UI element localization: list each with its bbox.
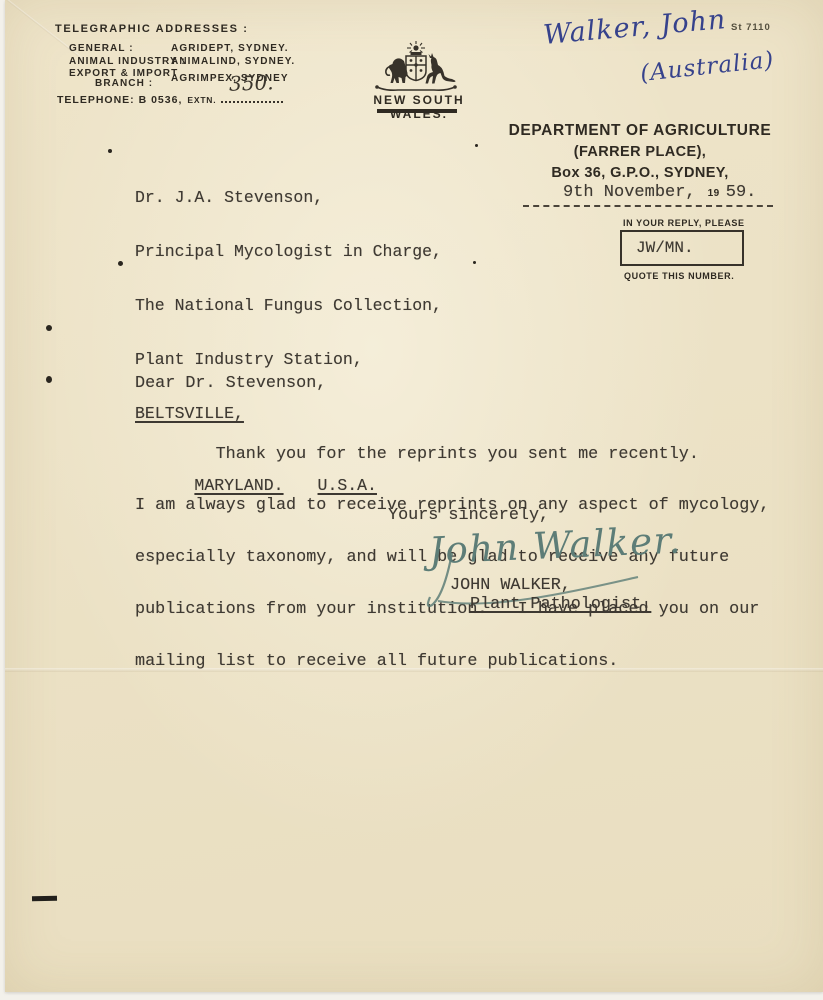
margin-dash-mark	[32, 896, 57, 901]
telephone-label: TELEPHONE: B 0536,	[57, 94, 182, 106]
letterhead-rule	[377, 109, 457, 113]
recipient-title: Principal Mycologist in Charge,	[135, 243, 442, 261]
telegraphic-value-animal: ANIMALIND, SYDNEY.	[171, 56, 295, 67]
signer-title-typed: Plant Pathologist.	[470, 596, 651, 613]
body-line: Thank you for the reprints you sent me r…	[135, 446, 769, 463]
nsw-caption: NEW SOUTH WALES.	[349, 93, 489, 121]
stamp-code: St 7110	[731, 22, 771, 33]
salutation: Dear Dr. Stevenson,	[135, 375, 326, 392]
date-line: 9th November, 19 59.	[523, 184, 773, 207]
recipient-station: Plant Industry Station,	[135, 351, 442, 369]
extension-dotted-line: 350.	[221, 89, 283, 103]
body-line: mailing list to receive all future publi…	[135, 653, 769, 670]
telegraphic-addresses-title: TELEGRAPHIC ADDRESSES :	[55, 23, 248, 35]
date-typed-year: 59.	[726, 184, 757, 202]
telephone-line: TELEPHONE: B 0536, EXTN. 350.	[57, 89, 283, 106]
ink-speck	[118, 261, 123, 266]
ink-speck	[46, 325, 52, 331]
ink-speck	[475, 144, 478, 147]
reply-note-top: IN YOUR REPLY, PLEASE	[623, 218, 745, 228]
recipient-org: The National Fungus Collection,	[135, 297, 442, 315]
nsw-coat-of-arms-icon	[371, 40, 461, 94]
reply-note-bottom: QUOTE THIS NUMBER.	[624, 271, 734, 281]
department-name: DEPARTMENT OF AGRICULTURE	[500, 122, 780, 141]
recipient-name: Dr. J.A. Stevenson,	[135, 189, 442, 207]
handwritten-extension-number: 350.	[229, 70, 274, 96]
telegraphic-value-general: AGRIDEPT, SYDNEY.	[171, 43, 289, 54]
telegraphic-label-animal: ANIMAL INDUSTRY :	[69, 56, 186, 67]
handwritten-filing-country: (Australia)	[639, 47, 776, 87]
reference-number: JW/MN.	[636, 239, 694, 257]
signer-name-typed: JOHN WALKER,	[450, 577, 571, 594]
department-block: DEPARTMENT OF AGRICULTURE (FARRER PLACE)…	[500, 122, 780, 182]
telegraphic-label-branch: BRANCH :	[95, 78, 153, 89]
ink-speck	[473, 261, 476, 264]
letter-paper: TELEGRAPHIC ADDRESSES : GENERAL : AGRIDE…	[5, 0, 823, 992]
telegraphic-label-general: GENERAL :	[69, 43, 134, 54]
ink-speck	[108, 149, 112, 153]
department-place: (FARRER PLACE),	[500, 144, 780, 162]
ink-speck	[46, 376, 52, 383]
handwritten-filing-name: Walker, John	[542, 4, 727, 51]
date-printed-century: 19	[708, 188, 720, 199]
department-address: Box 36, G.P.O., SYDNEY,	[500, 165, 780, 183]
date-typed: 9th November,	[563, 184, 696, 202]
extension-label: EXTN.	[187, 95, 216, 105]
reference-number-box: JW/MN.	[620, 230, 744, 266]
